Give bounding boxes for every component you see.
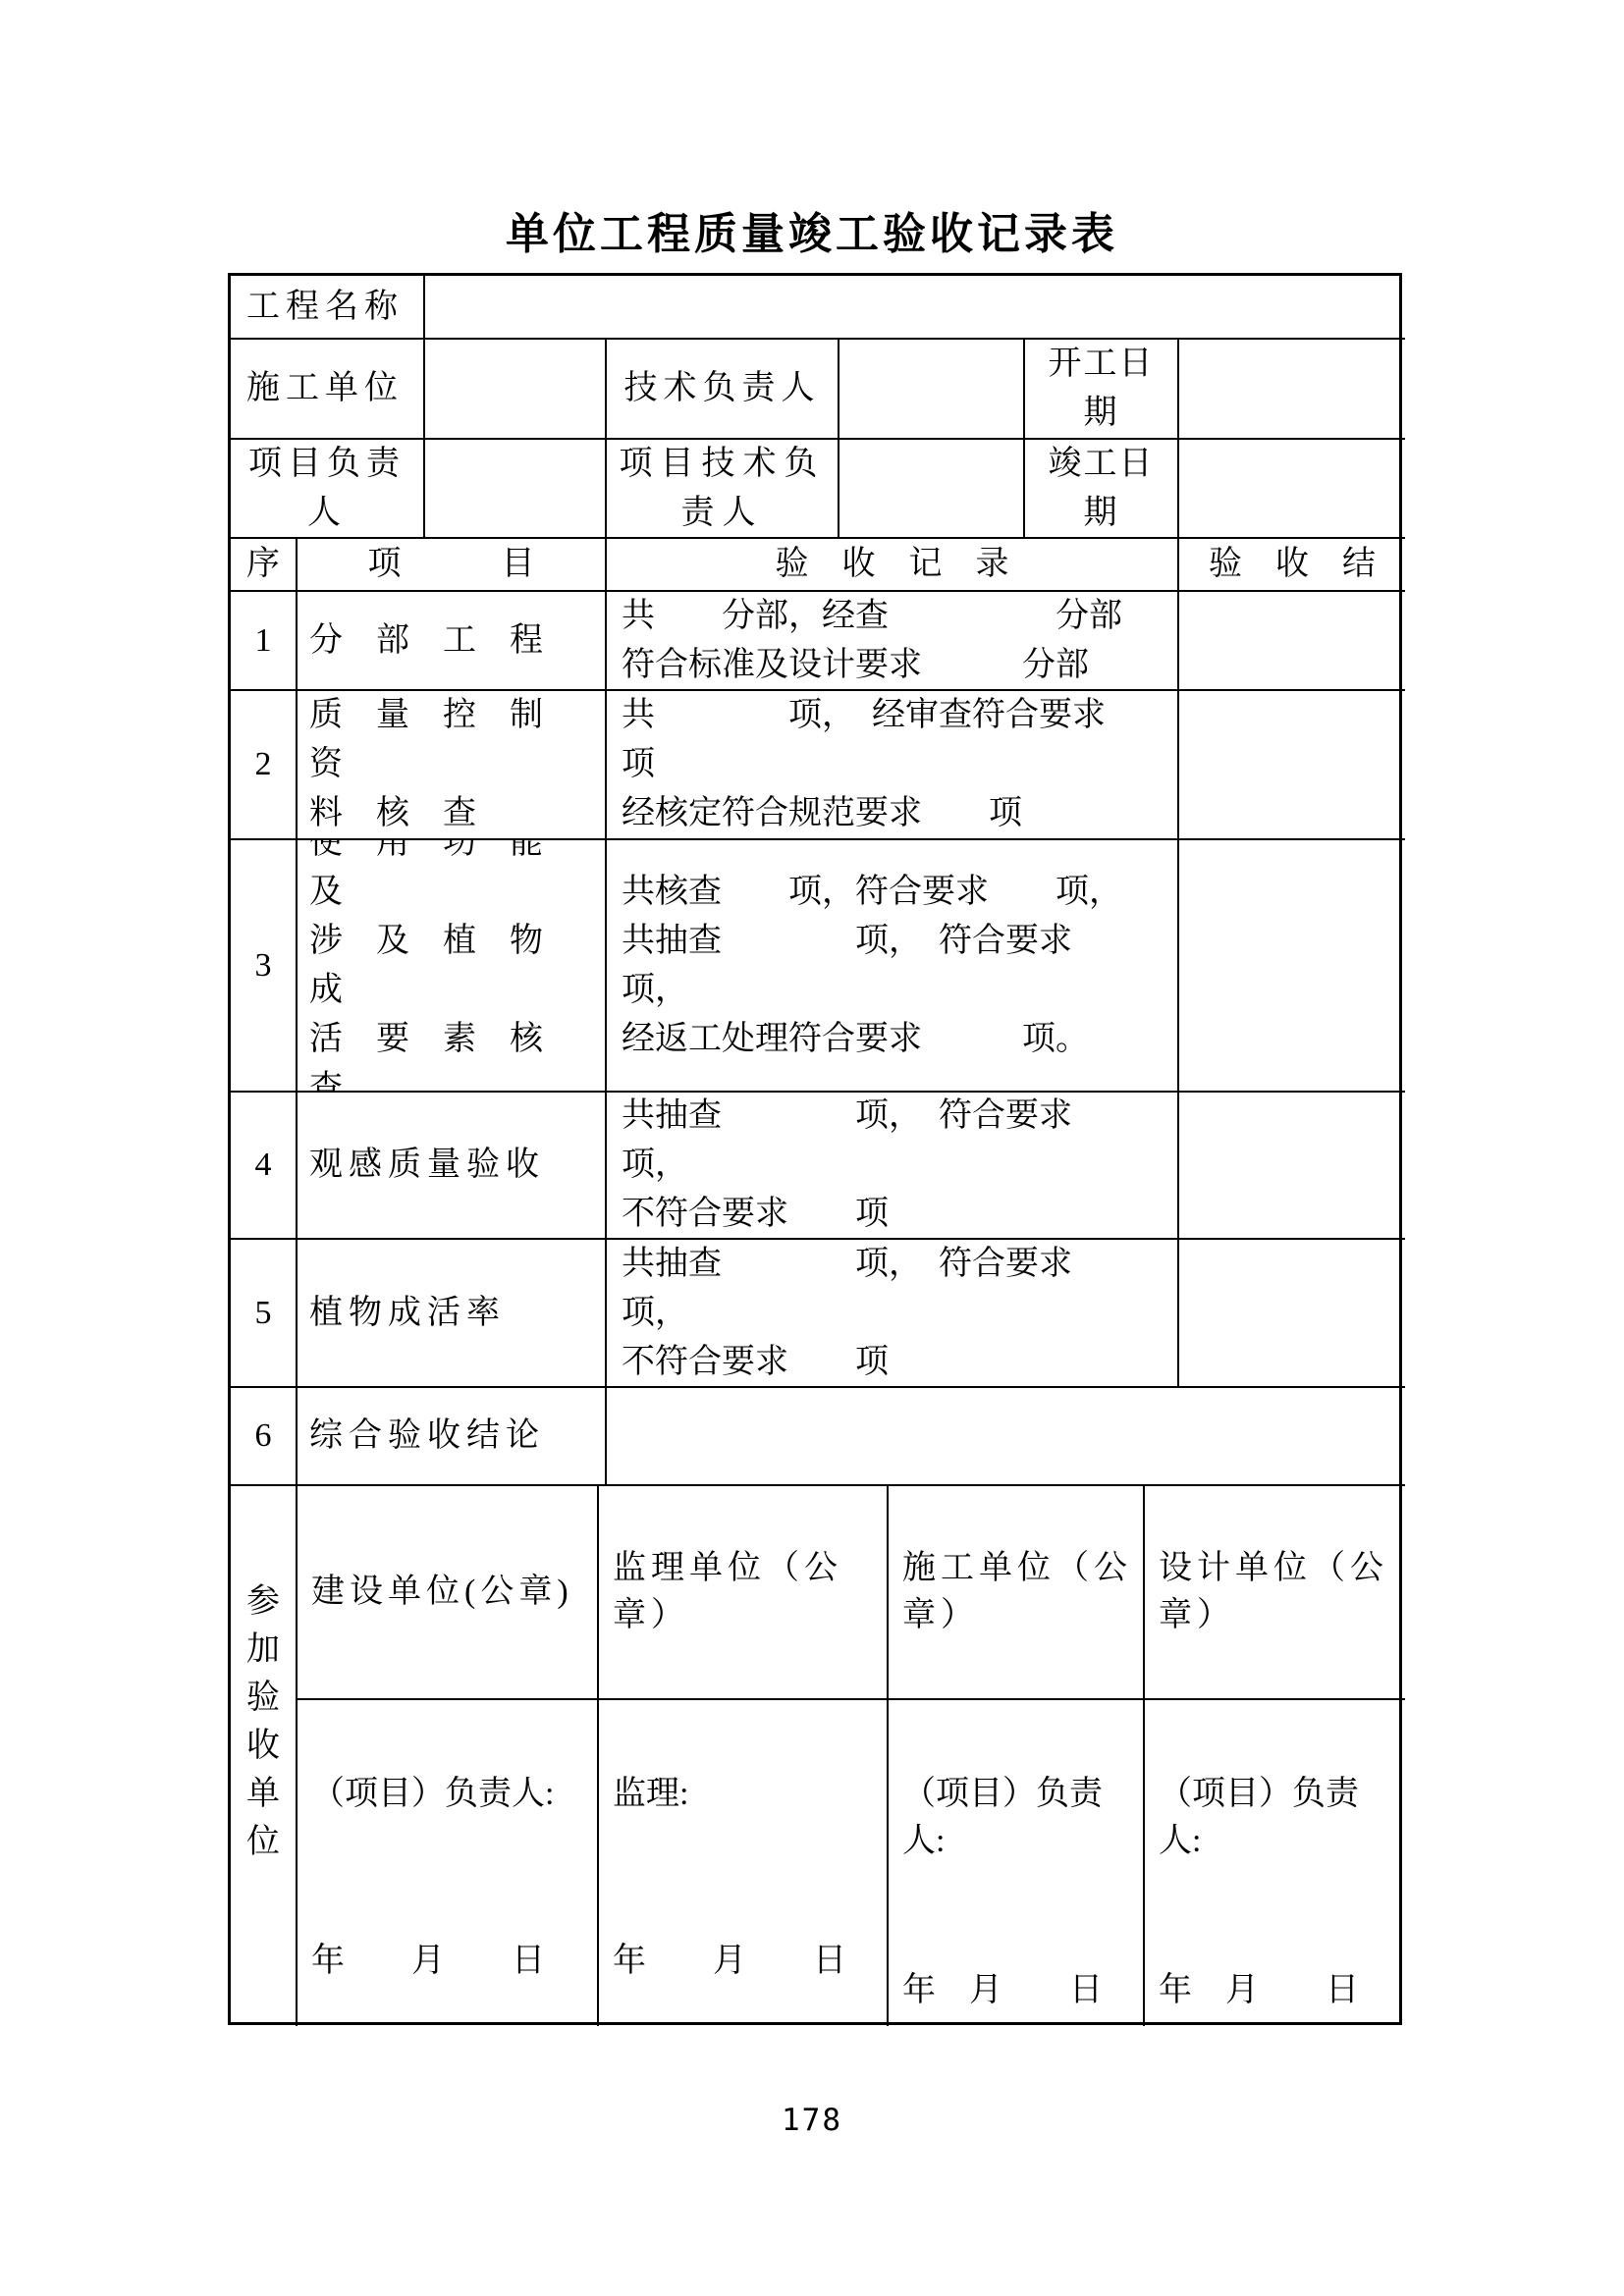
row-4-num: 4 — [231, 1093, 298, 1240]
row-4-result — [1179, 1093, 1405, 1240]
technical-director-value — [839, 340, 1025, 440]
start-date-value — [1179, 340, 1405, 440]
project-technical-director-value — [839, 440, 1025, 539]
completion-date-value — [1179, 440, 1405, 539]
signer-construction-date: 年 月 日 — [902, 1967, 1143, 2026]
row-2-num: 2 — [231, 691, 298, 840]
row-2-record: 共 项， 经审查符合要求 项 经核定符合规范要求 项 — [607, 691, 1179, 840]
project-leader-value — [425, 440, 607, 539]
page-title: 单位工程质量竣工验收记录表 — [0, 198, 1624, 261]
completion-date-label: 竣工日期 — [1025, 440, 1179, 539]
col-header-item: 项 目 — [298, 539, 607, 592]
row-1-record: 共 分部，经查 分部 符合标准及设计要求 分部 — [607, 592, 1179, 691]
signoff-side-label: 参加验收单位 — [231, 1486, 298, 2026]
signer-construction: （项目）负责 人: 年 月 日 — [889, 1700, 1145, 2026]
unit-building: 建设单位(公章) — [298, 1486, 599, 1700]
unit-construction: 施工单位（公 章） — [889, 1486, 1145, 1700]
row-1-item: 分 部 工 程 — [298, 592, 607, 691]
row-6-item: 综合验收结论 — [298, 1388, 607, 1486]
signer-supervision-label: 监理: — [613, 1771, 887, 1818]
row-3-record: 共核查 项，符合要求 项， 共抽查 项， 符合要求 项， 经返工处理符合要求 项… — [607, 840, 1179, 1093]
col-header-result: 验 收 结 — [1179, 539, 1405, 592]
start-date-label: 开工日期 — [1025, 340, 1179, 440]
document-page: 单位工程质量竣工验收记录表 工程名称 施工单位 技术负责人 开工日期 项目负责人… — [0, 0, 1624, 2296]
row-5-result — [1179, 1240, 1405, 1388]
row-6-record — [607, 1388, 1405, 1486]
row-3-item: 安 全 和 主 要 使 用 功 能 及 涉 及 植 物 成 活 要 素 核 查 … — [298, 840, 607, 1093]
row-2-item: 质 量 控 制 资 料 核 查 — [298, 691, 607, 840]
project-name-value — [425, 276, 1405, 340]
signer-construction-label: （项目）负责 人: — [902, 1771, 1143, 1865]
signer-supervision: 监理: 年 月 日 — [599, 1700, 889, 2026]
unit-supervision: 监理单位（公 章） — [599, 1486, 889, 1700]
row-2-result — [1179, 691, 1405, 840]
signer-supervision-date: 年 月 日 — [613, 1938, 887, 2026]
construction-unit-label: 施工单位 — [231, 340, 425, 440]
row-5-record: 共抽查 项， 符合要求 项， 不符合要求 项 — [607, 1240, 1179, 1388]
row-5-item: 植物成活率 — [298, 1240, 607, 1388]
row-1-result — [1179, 592, 1405, 691]
project-name-label: 工程名称 — [231, 276, 425, 340]
technical-director-label: 技术负责人 — [607, 340, 839, 440]
signer-building: （项目）负责人: 年 月 日 — [298, 1700, 599, 2026]
unit-design: 设计单位（公 章） — [1145, 1486, 1405, 1700]
construction-unit-value — [425, 340, 607, 440]
page-number: 178 — [0, 2103, 1624, 2138]
row-6-num: 6 — [231, 1388, 298, 1486]
signer-design-date: 年 月 日 — [1159, 1967, 1405, 2026]
signer-design-label: （项目）负责 人: — [1159, 1771, 1405, 1865]
project-leader-label: 项目负责人 — [231, 440, 425, 539]
row-4-item: 观感质量验收 — [298, 1093, 607, 1240]
project-technical-director-label: 项目技术负责人 — [607, 440, 839, 539]
row-5-num: 5 — [231, 1240, 298, 1388]
signer-building-label: （项目）负责人: — [311, 1771, 597, 1818]
acceptance-record-table: 工程名称 施工单位 技术负责人 开工日期 项目负责人 项目技术负责人 竣工日期 … — [228, 273, 1402, 2025]
row-3-result — [1179, 840, 1405, 1093]
col-header-seq: 序 — [231, 539, 298, 592]
row-4-record: 共抽查 项， 符合要求 项， 不符合要求 项 — [607, 1093, 1179, 1240]
signer-building-date: 年 月 日 — [311, 1938, 597, 2026]
row-1-num: 1 — [231, 592, 298, 691]
col-header-record: 验 收 记 录 — [607, 539, 1179, 592]
row-3-num: 3 — [231, 840, 298, 1093]
signer-design: （项目）负责 人: 年 月 日 — [1145, 1700, 1405, 2026]
